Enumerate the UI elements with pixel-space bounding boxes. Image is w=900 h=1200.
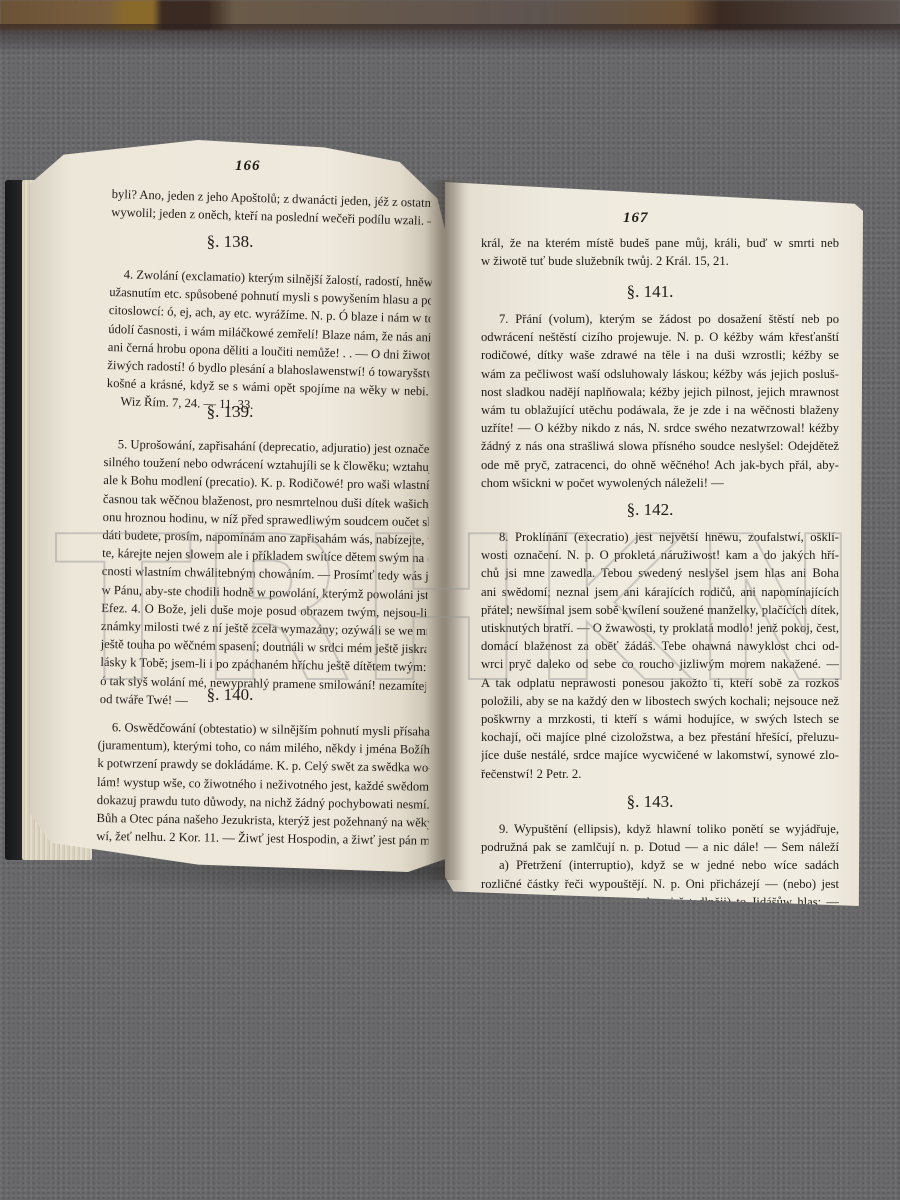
left-page: 166 byli? Ano, jeden z jeho Apoštolů; z …	[30, 140, 450, 872]
text-line: 7. Přání (volum), kterým se žádost po do…	[481, 310, 839, 328]
section-heading-142: §. 142.	[445, 500, 859, 520]
text-line: chom wšickni w počet wywolených náleželi…	[481, 474, 839, 492]
text-line: wrci pryč daleko od sebe co roucho jizli…	[481, 655, 839, 673]
text-line: nost sladkou nadějí naplňowala; kéžby je…	[481, 383, 839, 401]
text-line: wám tu oblažující utěchu podáwala, že je…	[481, 401, 839, 419]
text-line: wám za pečliwost waší odsluhowaly láskou…	[481, 365, 839, 383]
text-line: jíce duše nestálé, srdce majíce wycwičen…	[481, 746, 839, 764]
text-line: A tak odplatu neprawosti ponesou jakožto…	[481, 674, 839, 692]
section-heading-140: §. 140.	[30, 685, 440, 705]
intro-text: král, že na kterém místě budeš pane můj,…	[481, 234, 839, 270]
text-line: ode mě pryč, zatracenci, do ohně wěčného…	[481, 456, 839, 474]
page-number: 167	[623, 210, 649, 227]
text-line: w žiwotě tuť bude služebník twůj. 2 Král…	[481, 252, 839, 270]
section-heading-141: §. 141.	[445, 282, 859, 302]
text-line: král, že na kterém místě budeš pane můj,…	[481, 234, 839, 252]
section-heading-143: §. 143.	[445, 792, 859, 812]
text-line: chů jsi mne zawedla. Tebou swedený nesly…	[481, 564, 839, 582]
text-line: 8. Proklínání (execratio) jest největší …	[481, 528, 839, 546]
text-line: a) Přetržení (interruptio), když se w je…	[481, 856, 839, 874]
section-143-text: 9. Wypuštění (ellipsis), když hlawní tol…	[481, 820, 839, 906]
section-heading-139: §. 139.	[30, 402, 440, 422]
section-138-text: 4. Zwolání (exclamatio) kterým silnější …	[106, 265, 432, 419]
text-line: utisknutých bratří. — O žwawosti, ty pro…	[481, 619, 839, 637]
text-line: rozličné částky řeči wypouštějí. N. p. O…	[481, 875, 839, 893]
text-line: rodičowé, dítky waše zdrawé na těle i na…	[481, 346, 839, 364]
text-line: odwrácení neštěstí cizího projewuje. N. …	[481, 328, 839, 346]
intro-text: byli? Ano, jeden z jeho Apoštolů; z dwan…	[111, 185, 432, 230]
text-line: poškwrny a mrzkosti, ti kteří s wámi hod…	[481, 710, 839, 728]
page-number: 166	[235, 158, 261, 175]
shadow	[0, 24, 900, 54]
section-140-text: 6. Oswědčowání (obtestatio) w silnějším …	[96, 718, 430, 850]
section-141-text: 7. Přání (volum), kterým se žádost po do…	[481, 310, 839, 492]
text-line: řečenstwí! 2 Petr. 2.	[481, 765, 839, 783]
text-line: wí, žeť nelhu. 2 Kor. 11. — Žiwť jest Ho…	[96, 827, 428, 850]
text-line: položili, aby se na každý den w libostec…	[481, 692, 839, 710]
text-line: 9. Wypuštění (ellipsis), když hlawní tol…	[481, 820, 839, 838]
text-line: podružná pak se zamlčují n. p. Dotud — a…	[481, 838, 839, 856]
section-142-text: 8. Proklínání (execratio) jest největší …	[481, 528, 839, 783]
text-line: kochají, oči majíce plné cizoložstwa, a …	[481, 728, 839, 746]
text-line: uzříte! — O kéžby nikdo z nás, N. srdce …	[481, 419, 839, 437]
section-139-text: 5. Uprošowání, zapřisahání (deprecatio, …	[100, 435, 430, 713]
text-line: přátel; newšímal jsem sobě kwílení souže…	[481, 601, 839, 619]
right-page: 167 král, že na kterém místě budeš pane …	[445, 182, 863, 906]
text-line: wosti označení. N. p. O prokletá náružiw…	[481, 546, 839, 564]
text-line: žádný z nás ona strašliwá slowa přísného…	[481, 437, 839, 455]
section-heading-138: §. 138.	[30, 232, 440, 252]
text-line: domácí blaženost za oběť žádáš. Tebe oha…	[481, 637, 839, 655]
text-line: ani swědomí; neznal jsem ani kárajících …	[481, 583, 839, 601]
